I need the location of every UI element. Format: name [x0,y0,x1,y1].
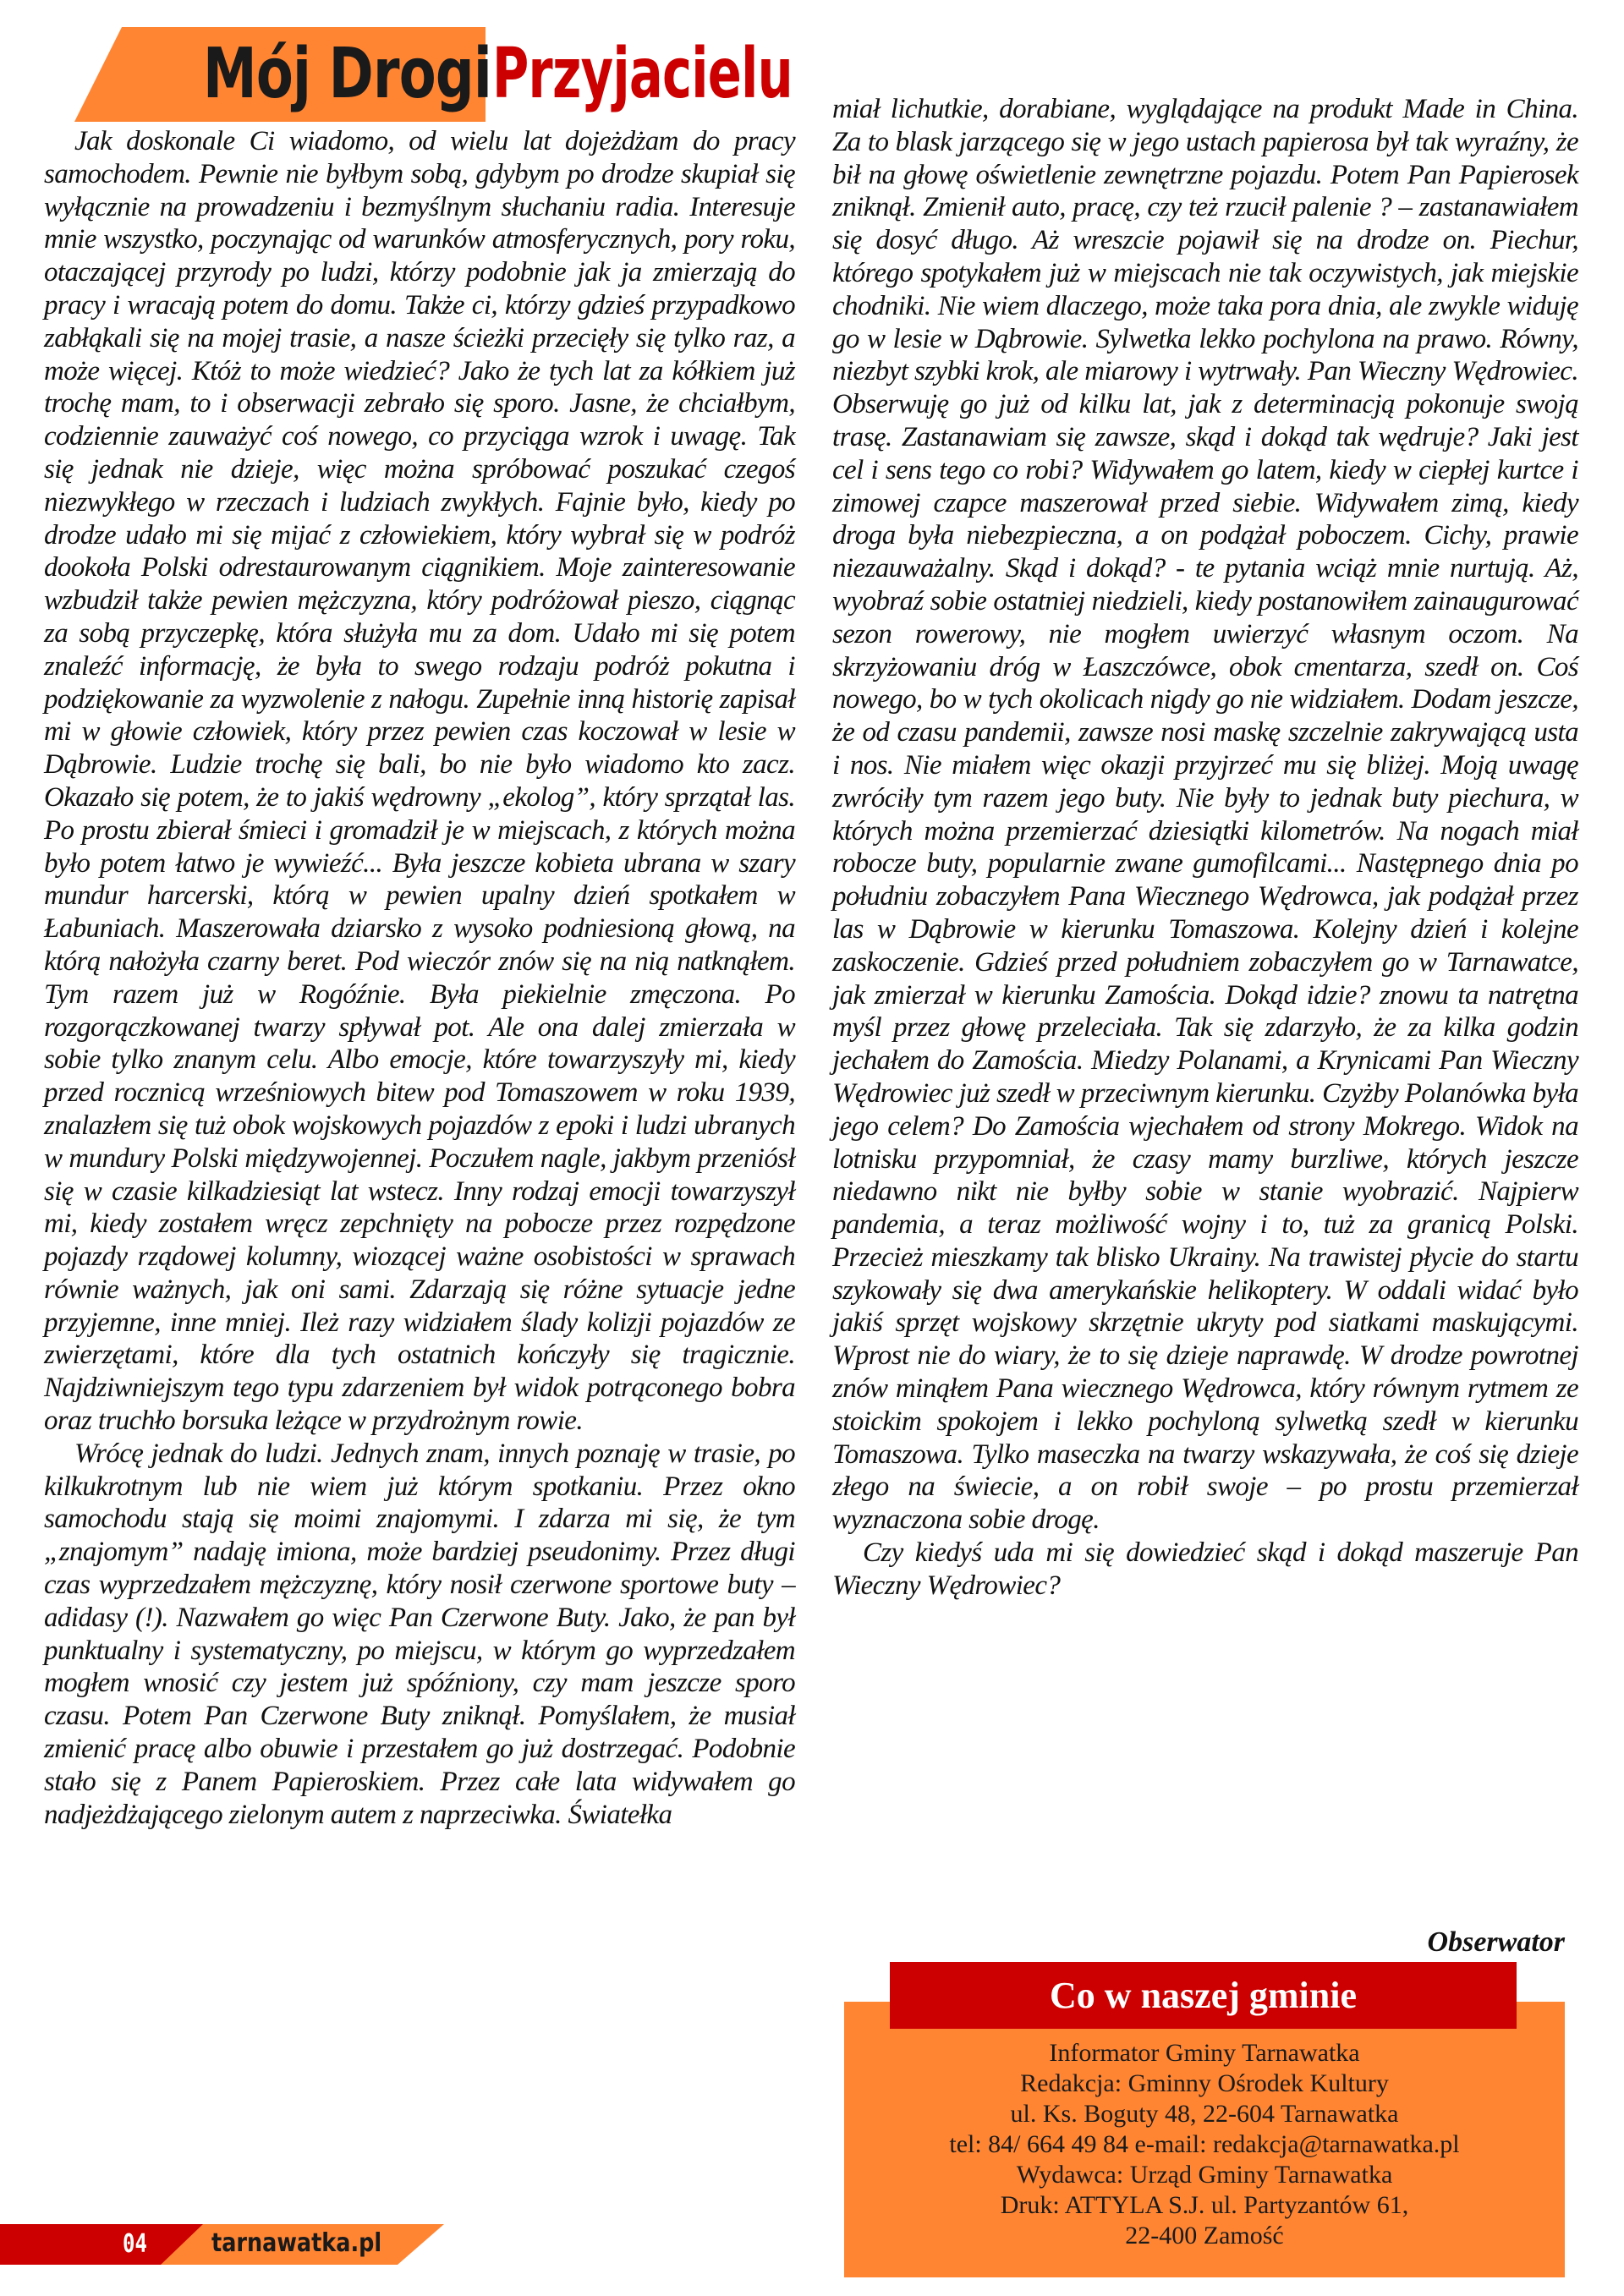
info-line-contact: tel: 84/ 664 49 84 e-mail: redakcja@tarn… [844,2129,1565,2160]
page-title-part2: Przyjacielu [492,25,793,123]
info-line: Druk: ATTYLA S.J. ul. Partyzantów 61, [844,2190,1565,2221]
info-line: Redakcja: Gminny Ośrodek Kultury [844,2069,1565,2099]
article-right-column: miał lichutkie, dorabiane, wyglądające n… [832,93,1578,1603]
info-line: Informator Gminy Tarnawatka [844,2038,1565,2069]
info-line: ul. Ks. Boguty 48, 22-604 Tarnawatka [844,2099,1565,2129]
article-paragraph: Jak doskonale Ci wiadomo, od wielu lat d… [44,125,795,1438]
info-line: Wydawca: Urząd Gminy Tarnawatka [844,2160,1565,2190]
article-left-column: Jak doskonale Ci wiadomo, od wielu lat d… [44,125,795,1831]
info-box-lines: Informator Gminy Tarnawatka Redakcja: Gm… [844,2038,1565,2251]
author-signature: Obserwator [1428,1926,1565,1959]
page-title-part1: Mój Drogi [203,25,491,123]
footer-site-link[interactable]: tarnawatka.pl [211,2224,381,2265]
article-paragraph: Wrócę jednak do ludzi. Jednych znam, inn… [44,1438,795,1832]
page-number: 04 [123,2224,147,2265]
article-paragraph: miał lichutkie, dorabiane, wyglądające n… [832,93,1578,1537]
article-paragraph: Czy kiedyś uda mi się dowiedzieć skąd i … [832,1537,1578,1603]
info-box-title: Co w naszej gminie [890,1962,1517,2029]
info-line: 22-400 Zamość [844,2221,1565,2251]
